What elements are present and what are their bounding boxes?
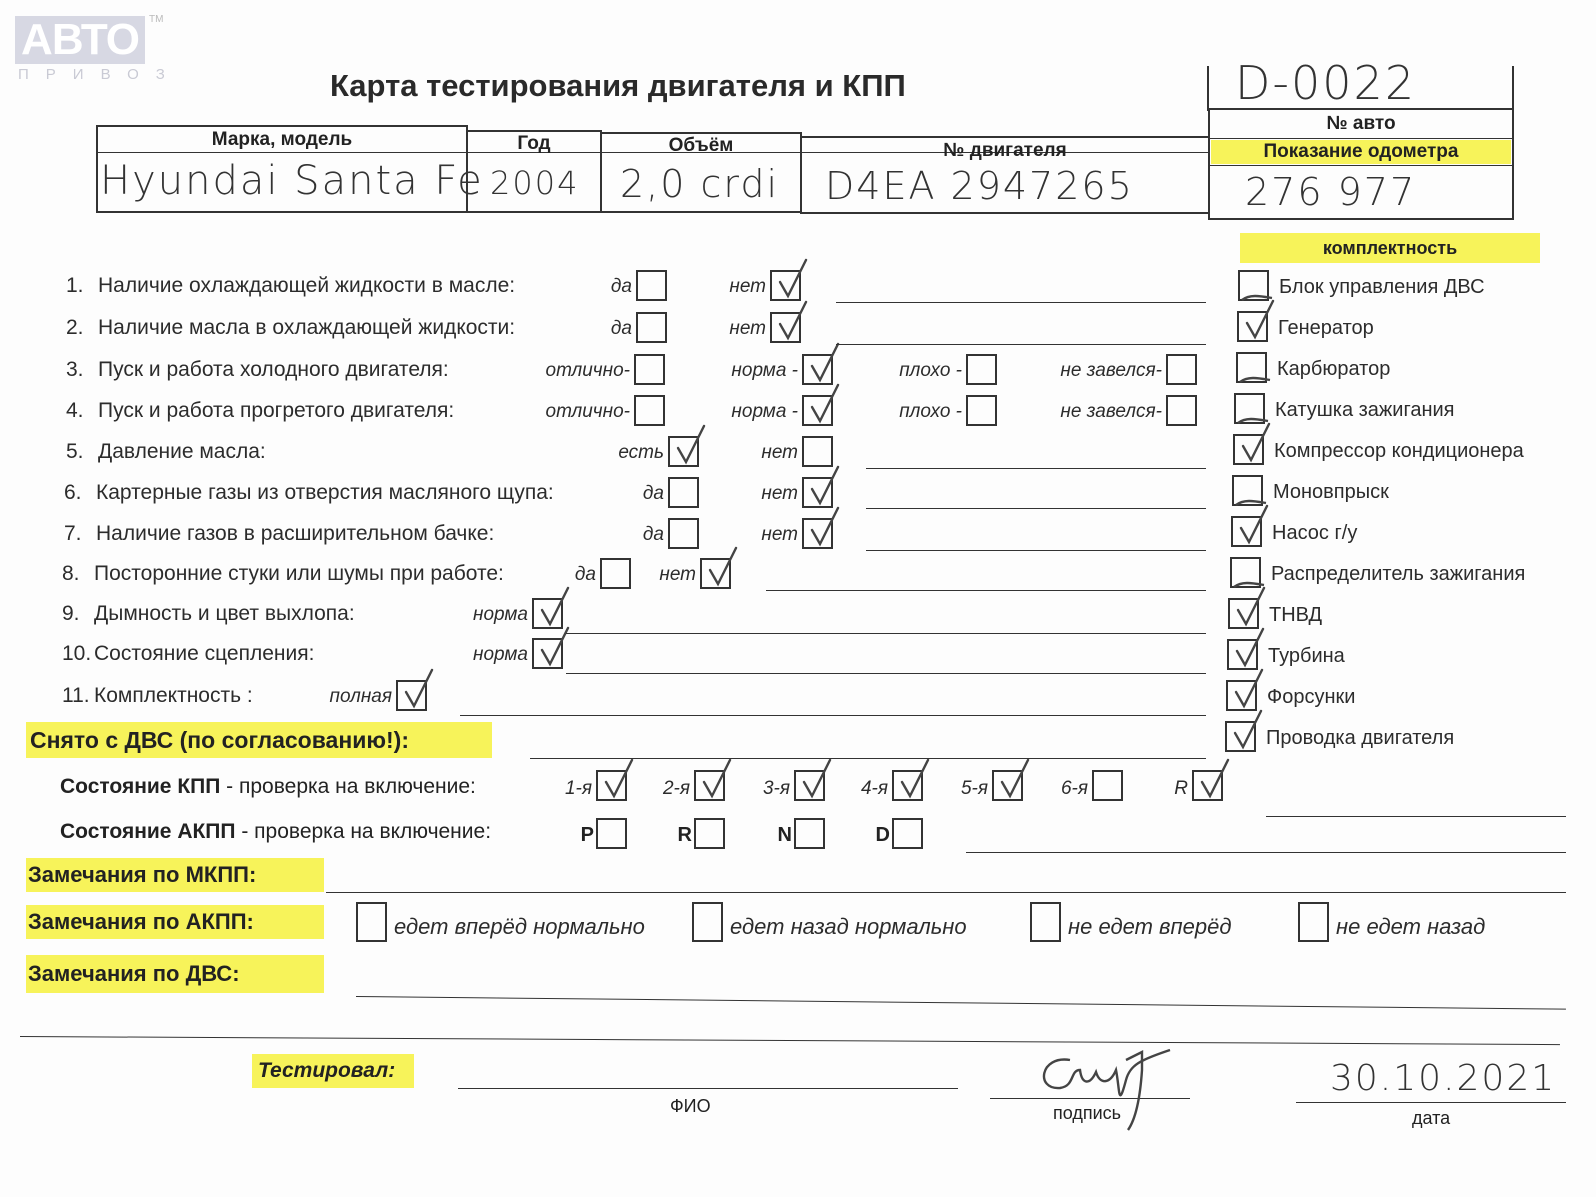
- header-odometer: Показание одометра: [1208, 139, 1514, 165]
- logo-trademark: TM: [149, 14, 163, 25]
- completeness-header: комплектность: [1240, 233, 1540, 263]
- question-text: Состояние сцепления:: [94, 642, 314, 666]
- option-checkbox[interactable]: [636, 312, 667, 343]
- completeness-item-label: Форсунки: [1267, 686, 1355, 709]
- question-number: 4.: [66, 399, 84, 423]
- gear-label: R: [1174, 778, 1188, 800]
- completeness-item-label: Катушка зажигания: [1275, 399, 1455, 422]
- volume-value: 2,0 crdi: [620, 162, 779, 206]
- gear-checkbox[interactable]: [1092, 770, 1123, 801]
- option-label: да: [643, 483, 664, 505]
- auto-number-value: D-0022: [1235, 56, 1416, 110]
- gear-checkbox[interactable]: [1192, 770, 1223, 801]
- note-line: [866, 550, 1206, 551]
- question-text: Давление масла:: [98, 440, 266, 464]
- option-checkbox[interactable]: [966, 354, 997, 385]
- completeness-checkbox[interactable]: [1236, 352, 1267, 383]
- auto-gearbox-label-rest: - проверка на включение:: [236, 820, 492, 843]
- option-checkbox[interactable]: [634, 354, 665, 385]
- question-text: Наличие газов в расширительном бачке:: [96, 522, 494, 546]
- question-number: 9.: [62, 602, 80, 626]
- auto-mode-checkbox[interactable]: [694, 818, 725, 849]
- option-label: отлично-: [546, 401, 630, 423]
- gear-checkbox[interactable]: [794, 770, 825, 801]
- akpp-remark-label: едет вперёд нормально: [394, 914, 645, 940]
- note-line: [866, 508, 1206, 509]
- note-line: [566, 673, 1206, 674]
- divider: [1207, 66, 1209, 111]
- gear-checkbox[interactable]: [596, 770, 627, 801]
- auto-mode-checkbox[interactable]: [794, 818, 825, 849]
- completeness-item-label: Моновпрыск: [1273, 481, 1389, 504]
- question-number: 2.: [66, 316, 84, 340]
- header-auto-number: № авто: [1208, 111, 1514, 137]
- remarks-engine-line[interactable]: [356, 996, 1566, 1010]
- remarks-manual-line[interactable]: [326, 892, 1566, 893]
- header-engine-number: № двигателя: [800, 138, 1210, 164]
- auto-gearbox-label-bold: Состояние АКПП: [60, 820, 236, 843]
- completeness-item-label: Распределитель зажигания: [1271, 563, 1525, 586]
- option-label: да: [643, 524, 664, 546]
- option-label: нет: [761, 442, 798, 464]
- manual-gearbox-label-bold: Состояние КПП: [60, 775, 220, 798]
- table-header-rule: [1208, 165, 1514, 166]
- akpp-remark-label: едет назад нормально: [730, 914, 967, 940]
- divider: [1512, 66, 1514, 111]
- auto-mode-checkbox[interactable]: [892, 818, 923, 849]
- option-label: нет: [659, 564, 696, 586]
- akpp-remark-checkbox[interactable]: [356, 902, 387, 942]
- completeness-item-label: Блок управления ДВС: [1279, 276, 1485, 299]
- question-text: Комплектность :: [94, 684, 253, 708]
- auto-mode-label: R: [678, 824, 692, 847]
- completeness-checkbox[interactable]: [1231, 516, 1262, 547]
- gear-label: 2-я: [663, 778, 690, 800]
- completeness-item-label: Генератор: [1278, 317, 1374, 340]
- option-label: плохо -: [899, 360, 962, 382]
- option-checkbox[interactable]: [600, 558, 631, 589]
- option-checkbox[interactable]: [668, 518, 699, 549]
- option-label: нет: [729, 318, 766, 340]
- akpp-remark-checkbox[interactable]: [1298, 902, 1329, 942]
- engine-number-value: D4EA 2947265: [825, 164, 1134, 208]
- note-line: [966, 852, 1566, 853]
- gear-checkbox[interactable]: [892, 770, 923, 801]
- date-caption: дата: [1412, 1108, 1450, 1129]
- completeness-item-label: Карбюратор: [1277, 358, 1390, 381]
- note-line: [460, 715, 1206, 716]
- removed-from-engine-label: Снято с ДВС (по согласованию!):: [26, 722, 492, 758]
- question-text: Посторонние стуки или шумы при работе:: [94, 562, 504, 586]
- note-line: [836, 344, 1206, 345]
- question-text: Пуск и работа прогретого двигателя:: [98, 399, 454, 423]
- note-line: [766, 590, 1206, 591]
- tested-by-label: Тестировал:: [252, 1054, 414, 1088]
- header-volume: Объём: [600, 133, 802, 159]
- question-number: 11.: [62, 684, 90, 708]
- remarks-auto-label: Замечания по АКПП:: [26, 905, 324, 939]
- option-label: плохо -: [899, 401, 962, 423]
- question-text: Наличие охлаждающей жидкости в масле:: [98, 274, 515, 298]
- option-label: нет: [729, 276, 766, 298]
- option-checkbox[interactable]: [770, 312, 801, 343]
- option-checkbox[interactable]: [668, 477, 699, 508]
- remarks-engine-label: Замечания по ДВС:: [26, 955, 324, 993]
- completeness-item-label: Турбина: [1268, 645, 1345, 668]
- option-label: норма -: [731, 360, 798, 382]
- option-checkbox[interactable]: [966, 395, 997, 426]
- gear-label: 3-я: [763, 778, 790, 800]
- note-line: [1266, 816, 1566, 817]
- signature-scribble: [1030, 1040, 1180, 1140]
- gear-label: 5-я: [961, 778, 988, 800]
- note-line: [836, 302, 1206, 303]
- option-checkbox[interactable]: [532, 638, 563, 669]
- question-text: Дымность и цвет выхлопа:: [94, 602, 355, 626]
- completeness-checkbox[interactable]: [1237, 311, 1268, 342]
- option-checkbox[interactable]: [802, 395, 833, 426]
- option-label: норма: [473, 644, 528, 666]
- completeness-checkbox[interactable]: [1225, 721, 1256, 752]
- completeness-checkbox[interactable]: [1233, 434, 1264, 465]
- question-number: 8.: [62, 562, 80, 586]
- completeness-item-label: Проводка двигателя: [1266, 727, 1454, 750]
- manual-gearbox-label: Состояние КПП - проверка на включение:: [60, 775, 476, 799]
- note-line: [866, 468, 1206, 469]
- question-number: 3.: [66, 358, 84, 382]
- option-label: норма: [473, 604, 528, 626]
- question-number: 6.: [64, 481, 82, 505]
- manual-gearbox-label-rest: - проверка на включение:: [220, 775, 476, 798]
- page-title: Карта тестирования двигателя и КПП: [330, 68, 906, 104]
- option-checkbox[interactable]: [634, 395, 665, 426]
- question-number: 1.: [66, 274, 84, 298]
- akpp-remark-label: не едет вперёд: [1068, 914, 1232, 940]
- option-checkbox[interactable]: [1166, 354, 1197, 385]
- auto-mode-label: P: [581, 824, 594, 847]
- question-text: Пуск и работа холодного двигателя:: [98, 358, 449, 382]
- option-label: отлично-: [546, 360, 630, 382]
- question-number: 10.: [62, 642, 91, 666]
- option-checkbox[interactable]: [802, 518, 833, 549]
- auto-mode-label: D: [876, 824, 890, 847]
- logo-subtitle: ПРИВОЗ: [18, 66, 182, 83]
- question-text: Картерные газы из отверстия масляного щу…: [96, 481, 554, 505]
- note-line: [566, 633, 1206, 634]
- option-label: нет: [761, 524, 798, 546]
- auto-mode-checkbox[interactable]: [596, 818, 627, 849]
- question-number: 7.: [64, 522, 82, 546]
- option-checkbox[interactable]: [700, 558, 731, 589]
- gear-checkbox[interactable]: [694, 770, 725, 801]
- option-label: да: [575, 564, 596, 586]
- akpp-remark-checkbox[interactable]: [1030, 902, 1061, 942]
- completeness-item-label: Насос г/у: [1272, 522, 1357, 545]
- option-label: нет: [761, 483, 798, 505]
- gear-label: 1-я: [565, 778, 592, 800]
- option-label: не завелся-: [1060, 401, 1162, 423]
- name-line[interactable]: [458, 1088, 958, 1089]
- option-label: есть: [618, 442, 664, 464]
- option-checkbox[interactable]: [396, 680, 427, 711]
- note-line: [530, 758, 1206, 759]
- gear-label: 4-я: [861, 778, 888, 800]
- header-make-model: Марка, модель: [96, 127, 468, 153]
- option-checkbox[interactable]: [636, 270, 667, 301]
- option-label: норма -: [731, 401, 798, 423]
- auto-gearbox-label: Состояние АКПП - проверка на включение:: [60, 820, 491, 844]
- name-caption: ФИО: [670, 1096, 711, 1117]
- option-label: не завелся-: [1060, 360, 1162, 382]
- date-line[interactable]: [1296, 1102, 1566, 1103]
- option-label: да: [611, 318, 632, 340]
- header-year: Год: [466, 131, 602, 157]
- akpp-remark-checkbox[interactable]: [692, 902, 723, 942]
- odometer-value: 276 977: [1245, 170, 1416, 214]
- make-model-value: Hyundai Santa Fe: [100, 158, 484, 204]
- question-number: 5.: [66, 440, 84, 464]
- year-value: 2004: [490, 164, 579, 202]
- option-label: полная: [330, 686, 393, 708]
- date-value: 30.10.2021: [1330, 1058, 1556, 1099]
- completeness-item-label: ТНВД: [1269, 604, 1322, 627]
- option-label: да: [611, 276, 632, 298]
- gear-label: 6-я: [1061, 778, 1088, 800]
- gear-checkbox[interactable]: [992, 770, 1023, 801]
- completeness-item-label: Компрессор кондиционера: [1274, 440, 1524, 463]
- logo: АВТО: [15, 16, 145, 64]
- option-checkbox[interactable]: [668, 436, 699, 467]
- option-checkbox[interactable]: [1166, 395, 1197, 426]
- option-checkbox[interactable]: [770, 270, 801, 301]
- remarks-manual-label: Замечания по МКПП:: [26, 858, 324, 892]
- question-text: Наличие масла в охлаждающей жидкости:: [98, 316, 515, 340]
- akpp-remark-label: не едет назад: [1336, 914, 1485, 940]
- auto-mode-label: N: [778, 824, 792, 847]
- remarks-engine-line-2[interactable]: [20, 1036, 1560, 1045]
